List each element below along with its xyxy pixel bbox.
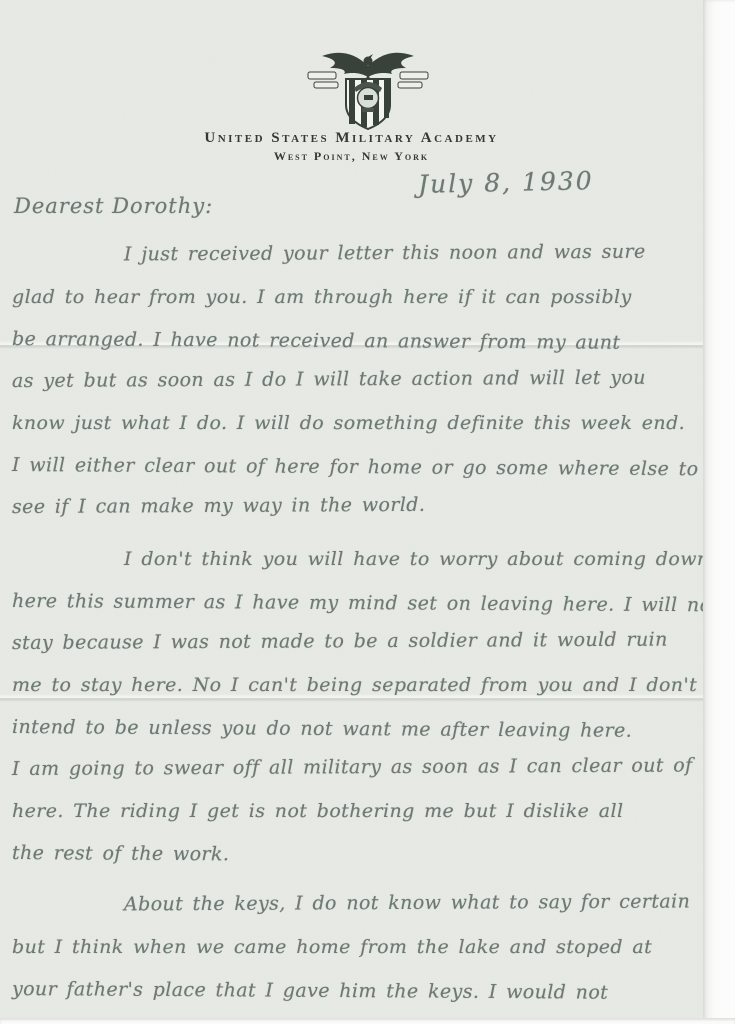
- letterhead-academy-name: United States Military Academy: [0, 130, 703, 147]
- scanned-letter-page: United States Military Academy West Poin…: [0, 0, 735, 1024]
- letter-line: see if I can make my way in the world.: [12, 482, 720, 528]
- letter-line: glad to hear from you. I am through here…: [12, 276, 720, 318]
- letter-line: I don't think you will have to worry abo…: [12, 538, 720, 580]
- scan-edge-bottom: [0, 1018, 735, 1024]
- letter-line: your father's place that I gave him the …: [12, 968, 720, 1014]
- letterhead-location: West Point, New York: [0, 149, 703, 164]
- letter-line: About the keys, I do not know what to sa…: [12, 880, 720, 926]
- letter-salutation: Dearest Dorothy:: [14, 194, 213, 218]
- letter-line: but I think when we came home from the l…: [12, 926, 720, 968]
- scan-edge-right: [703, 0, 735, 1024]
- letter-body: I just received your letter this noon an…: [12, 234, 720, 1010]
- letterhead: United States Military Academy West Poin…: [0, 130, 703, 164]
- letter-line: the rest of the work.: [12, 832, 720, 878]
- letter-line: know just what I do. I will do something…: [12, 402, 720, 444]
- letter-line: me to stay here. No I can't being separa…: [12, 664, 720, 706]
- letter-line: I just received your letter this noon an…: [12, 230, 720, 276]
- letter-line: I am going to swear off all military as …: [12, 744, 720, 790]
- usma-crest-icon: [302, 46, 434, 138]
- letter-line: here. The riding I get is not bothering …: [12, 790, 720, 832]
- letter-line: stay because I was not made to be a sold…: [12, 618, 720, 664]
- letter-date: July 8, 1930: [418, 166, 594, 199]
- letter-line: as yet but as soon as I do I will take a…: [12, 356, 720, 402]
